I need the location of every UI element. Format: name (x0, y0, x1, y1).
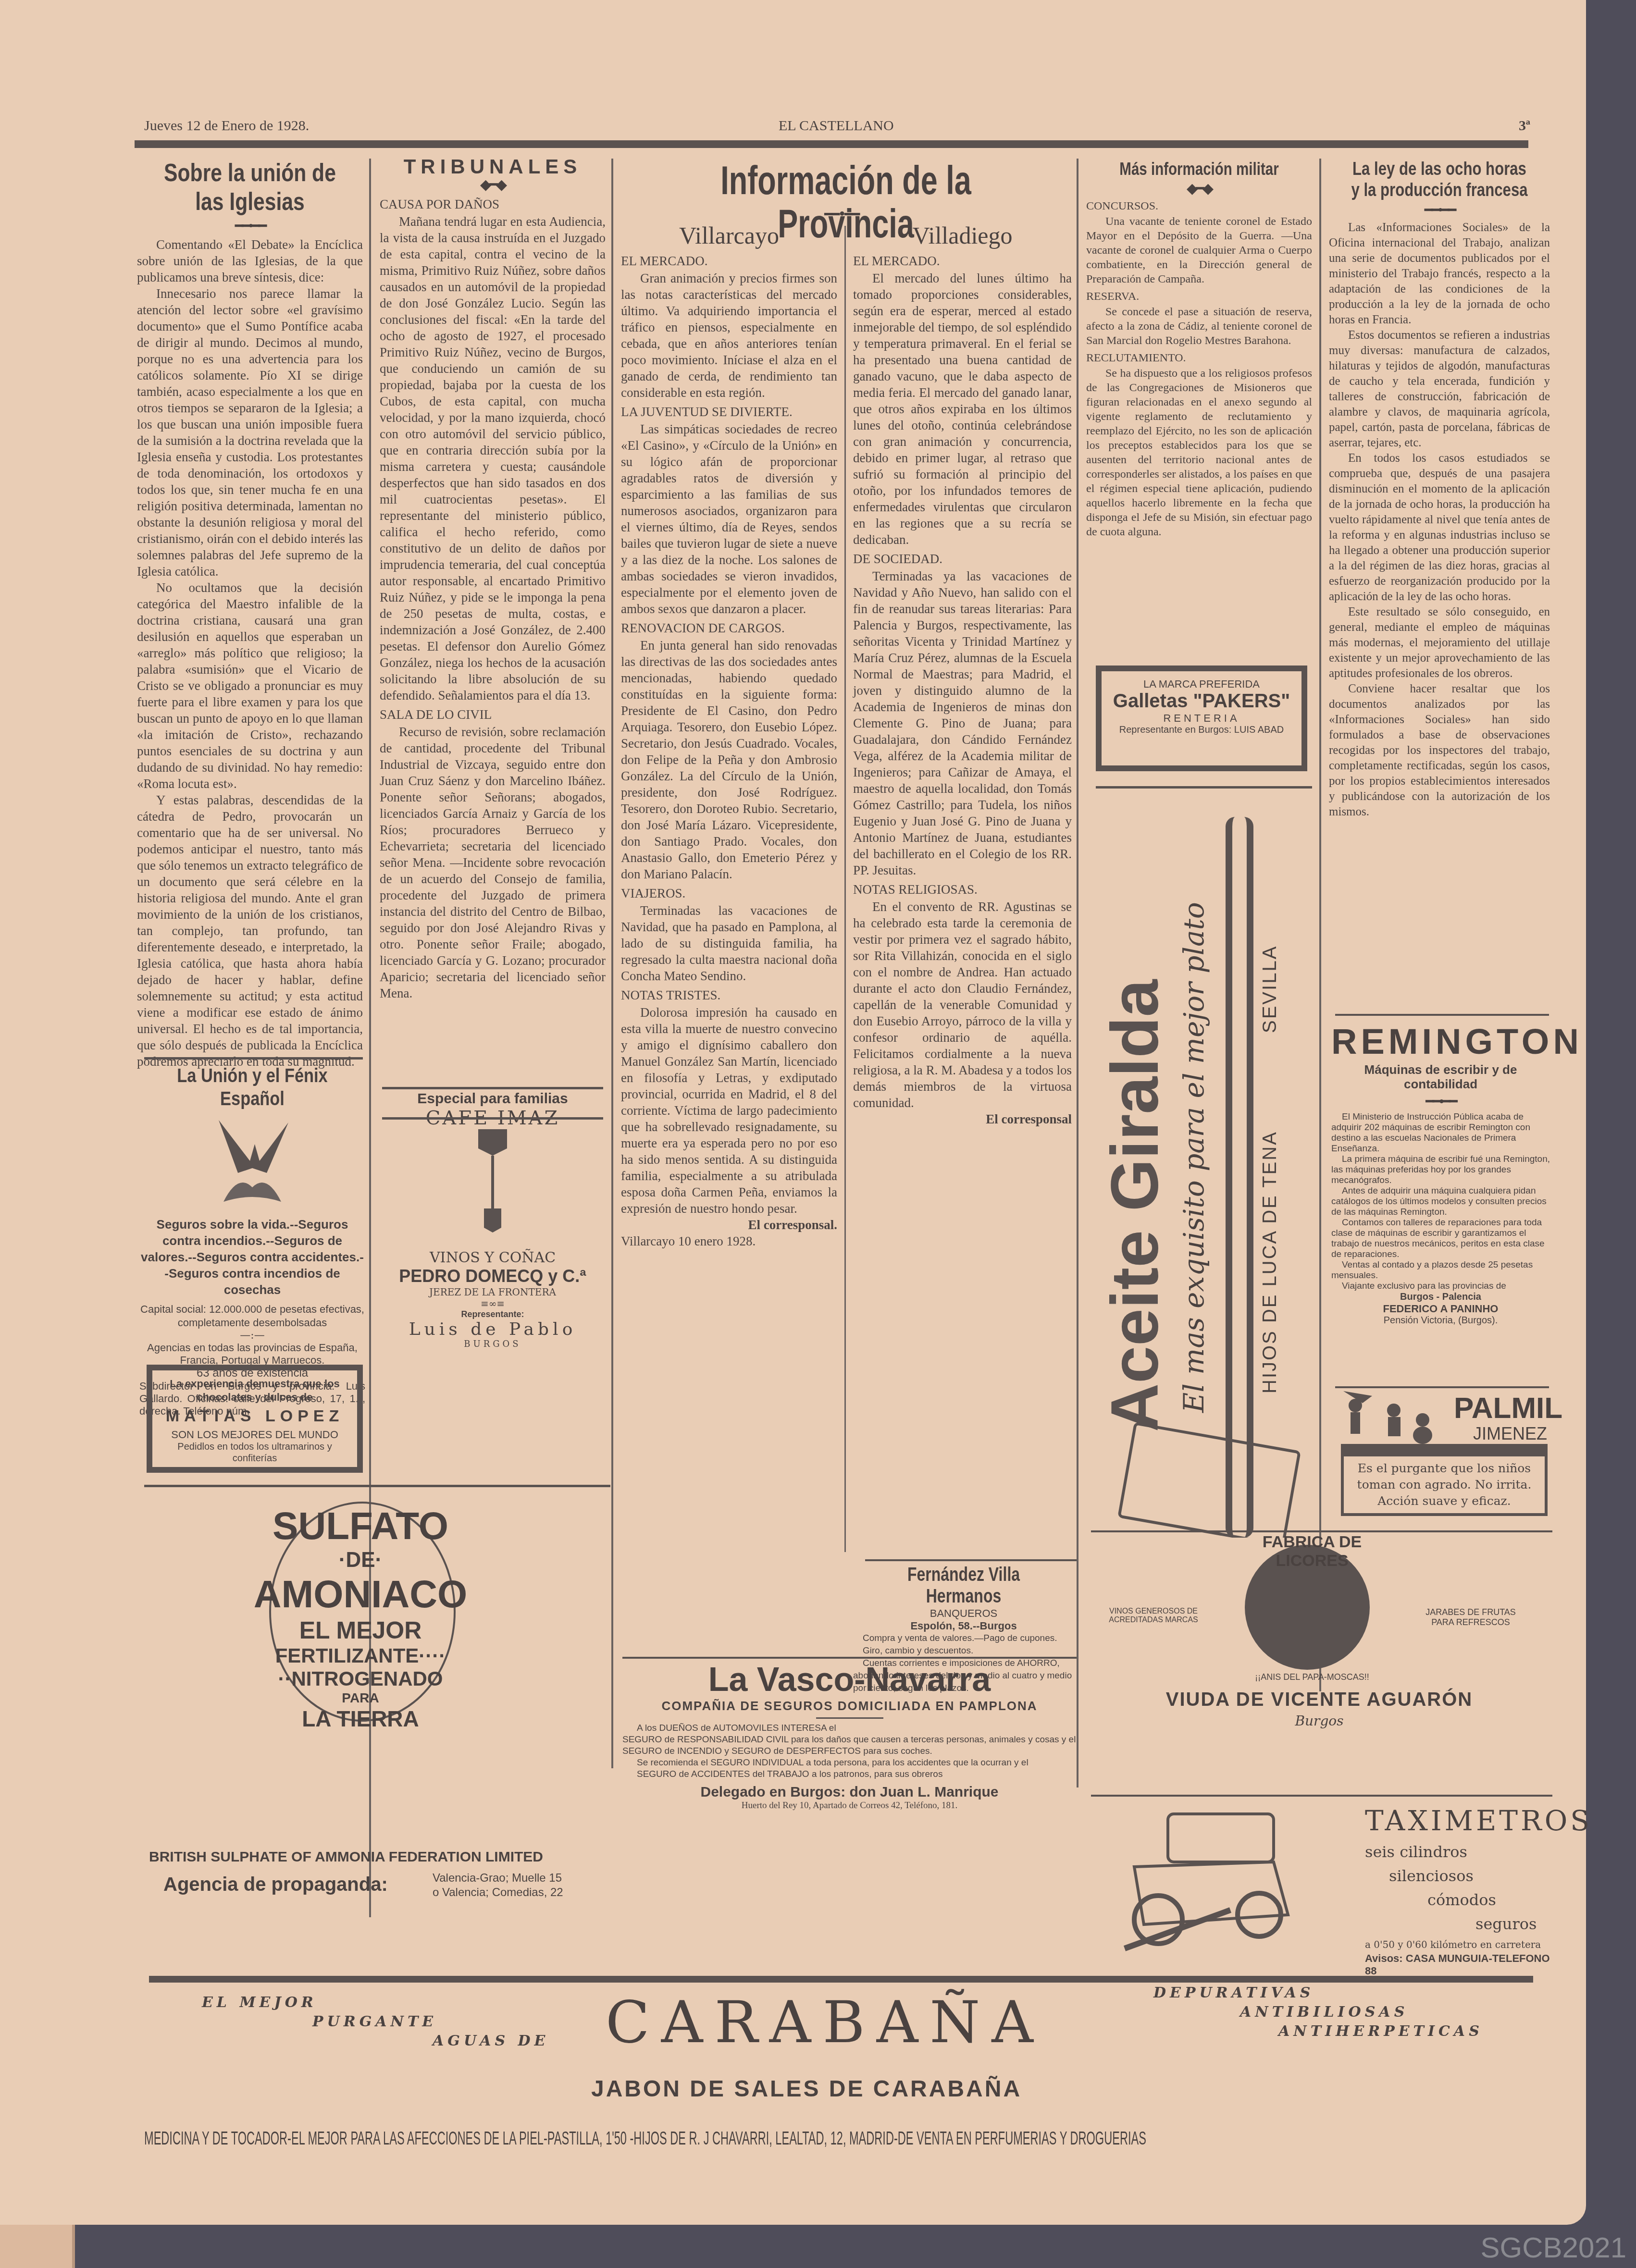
ad-matias-lopez: La experiencia demuestra que los chocola… (147, 1365, 363, 1473)
paragraph: Las simpáticas sociedades de recreo «El … (621, 421, 837, 617)
ad-line: ANTIBILIOSAS (1240, 2004, 1408, 2021)
article-union-iglesias: Sobre la unión de las Iglesias ━━•━━ Com… (137, 159, 363, 1070)
ad-address: Huerto del Rey 10, Apartado de Correos 4… (622, 1800, 1077, 1811)
ad-city: SEVILLA (1259, 945, 1281, 1033)
town-title: Villadiego (853, 221, 1072, 250)
subheading: RECLUTAMIENTO. (1086, 351, 1312, 365)
subheading: EL MERCADO. (621, 253, 837, 269)
article-villarcayo: Villarcayo EL MERCADO. Gran animación y … (621, 221, 837, 1249)
section-title: TRIBUNALES (380, 159, 606, 175)
section-rule (1335, 1014, 1549, 1016)
paragraph: El mercado del lunes último ha tomado pr… (853, 270, 1072, 548)
paragraph: Este resultado se sólo conseguido, en ge… (1329, 604, 1550, 681)
ad-paragraph: El Ministerio de Instrucción Pública aca… (1331, 1112, 1550, 1154)
ad-brand: Galletas "PAKERS" (1104, 690, 1299, 712)
article-tribunales: TRIBUNALES ◆━◆ CAUSA POR DAÑOS Mañana te… (380, 159, 606, 1001)
ad-address: o Valencia; Comedias, 22 (433, 1886, 563, 1899)
ad-line: A los DUEÑOS de AUTOMOVILES INTERESA el (622, 1723, 1077, 1734)
ad-line: LA MARCA PREFERIDA (1104, 678, 1299, 690)
ad-company: BRITISH SULPHATE OF AMMONIA FEDERATION L… (149, 1849, 543, 1865)
ad-feature: seguros (1475, 1915, 1537, 1933)
paragraph: En todos los casos estudiados se comprue… (1329, 451, 1550, 604)
section-rule (865, 1559, 1077, 1561)
newspaper-name: EL CASTELLANO (779, 118, 894, 134)
ad-paragraph: Ventas al contado y a plazos desde 25 pe… (1331, 1260, 1550, 1281)
masthead-rule (135, 140, 1528, 148)
ad-pedro-domecq: VINOS Y COÑAC PEDRO DOMECQ y C.ª JEREZ D… (380, 1124, 606, 1349)
paragraph: Mañana tendrá lugar en esta Audiencia, l… (380, 213, 606, 703)
paragraph: Estos documentos se refieren a industria… (1329, 328, 1550, 451)
ad-agent: FEDERICO A PANINHO (1331, 1303, 1550, 1315)
ad-line: SEGURO de RESPONSABILIDAD CIVIL para los… (622, 1734, 1077, 1746)
ornament-divider: ━━•━━ (137, 218, 363, 234)
ad-brand: VIUDA DE VICENTE AGUARÓN (1086, 1689, 1552, 1711)
section-rule (382, 1087, 603, 1089)
newspaper-page: Jueves 12 de Enero de 1928. EL CASTELLAN… (0, 0, 1586, 2225)
ad-paragraph: La primera máquina de escribir fué una R… (1331, 1154, 1550, 1186)
ad-line: ··NITROGENADO (183, 1667, 538, 1690)
ad-title: FABRICA DE LICORES (1226, 1533, 1399, 1570)
paragraph: Recurso de revisión, sobre reclamación d… (380, 724, 606, 1001)
ad-feature: silenciosos (1389, 1867, 1474, 1885)
separator: —:— (139, 1330, 365, 1342)
subheading: SALA DE LO CIVIL (380, 706, 606, 723)
ad-product: JABON DE SALES DE CARABAÑA (591, 2076, 1022, 2102)
ad-slogan: El mas exquisito para el mejor plato (1177, 902, 1210, 1413)
ad-line: Especial para familias (380, 1091, 606, 1107)
ad-cafe-imaz: Especial para familias CAFE IMAZ (380, 1091, 606, 1129)
town-title: Villarcayo (621, 221, 837, 250)
ad-price: a 0'50 y 0'60 kilómetro en carretera (1365, 1939, 1541, 1950)
ad-line: SEGURO de ACCIDENTES del TRABAJO a los p… (622, 1769, 1077, 1780)
ad-brand: PALMIL (1454, 1391, 1562, 1425)
article-villadiego: Villadiego EL MERCADO. El mercado del lu… (853, 221, 1072, 1127)
ornament-divider: ━━•━━ (1331, 1093, 1550, 1110)
subheading: NOTAS TRISTES. (621, 987, 837, 1003)
ad-line: EL MEJOR (183, 1616, 538, 1644)
paragraph: Y estas palabras, descendidas de la cáte… (137, 792, 363, 1070)
ad-line: PARA (183, 1690, 538, 1706)
footer-rule (149, 1976, 1533, 1983)
ad-slogan: Es el purgante que los niños toman con a… (1341, 1454, 1548, 1516)
ad-paragraph: Viajante exclusivo para las provincias d… (1331, 1281, 1550, 1292)
ad-title: La Unión y el Fénix Español (155, 1064, 349, 1110)
watermark: SGCB2021 (1480, 2231, 1626, 2264)
ad-region: Burgos - Palencia (1331, 1292, 1550, 1303)
subheading: RENOVACION DE CARGOS. (621, 620, 837, 636)
ad-brand: PEDRO DOMECQ y C.ª (380, 1266, 606, 1286)
ad-line: VINOS Y COÑAC (380, 1249, 606, 1266)
ad-rep: Representante en Burgos: LUIS ABAD (1104, 725, 1299, 736)
phoenix-icon (204, 1115, 300, 1211)
article-ocho-horas: La ley de las ocho horas y la producción… (1329, 159, 1550, 820)
ad-line: SON LOS MEJORES DEL MUNDO (156, 1429, 353, 1441)
subheading: CAUSA POR DAÑOS (380, 196, 606, 212)
ad-sulfato-amoniaco: SULFATO ·DE· AMONIACO EL MEJOR FERTILIZA… (144, 1494, 606, 1903)
section-rule (382, 1117, 603, 1120)
signature: El corresponsal. (621, 1217, 837, 1233)
section-title: Más información militar (1106, 159, 1291, 180)
section-rule (1091, 1530, 1552, 1532)
paragraph: Conviene hacer resaltar que los document… (1329, 681, 1550, 820)
ad-line: VINOS GENEROSOS DE ACREDITADAS MARCAS (1105, 1607, 1202, 1625)
ad-line: JEREZ DE LA FRONTERA (380, 1286, 606, 1298)
ad-line: SEGURO de INCENDIO y SEGURO de DESPERFEC… (622, 1746, 1077, 1757)
ad-title: TAXIMETROS (1365, 1804, 1592, 1837)
paragraph: Dolorosa impresión ha causado en esta vi… (621, 1004, 837, 1217)
ad-motto: ¡¡ANIS DEL PAPA-MOSCAS!! (1226, 1672, 1399, 1682)
paragraph: Comentando «El Debate» la Encíclica sobr… (137, 236, 363, 285)
ad-delegate: Delegado en Burgos: don Juan L. Manrique (622, 1784, 1077, 1800)
section-rule (1335, 1386, 1549, 1388)
ad-address: Pensión Victoria, (Burgos). (1331, 1315, 1550, 1326)
paragraph: Se concede el pase a situación de reserv… (1086, 305, 1312, 348)
subheading: VIAJEROS. (621, 885, 837, 901)
ad-line: Giro, cambio y descuentos. (853, 1645, 1074, 1657)
ad-capital: Capital social: 12.000.000 de pesetas ef… (139, 1303, 365, 1330)
ad-footer-line: MEDICINA Y DE TOCADOR-EL MEJOR PARA LAS … (144, 2129, 1008, 2149)
ad-aceite-giralda: Aceite Giralda El mas exquisito para el … (1086, 793, 1312, 1538)
ad-line: JARABES DE FRUTAS PARA REFRESCOS (1418, 1607, 1524, 1627)
article-title: Sobre la unión de las Iglesias (157, 159, 342, 216)
ad-address: Valencia-Grao; Muelle 15 (433, 1872, 562, 1885)
ad-line: AMONIACO (183, 1572, 538, 1616)
ad-agency-label: Agencia de propaganda: (163, 1874, 388, 1896)
ad-contact: Avisos: CASA MUNGUIA-TELEFONO 88 (1365, 1952, 1552, 1977)
ad-line: Se recomienda el SEGURO INDIVIDUAL a tod… (622, 1757, 1077, 1769)
subheading: LA JUVENTUD SE DIVIERTE. (621, 404, 837, 420)
signature: El corresponsal (853, 1111, 1072, 1127)
ad-line: EL MEJOR (202, 1994, 317, 2011)
ad-line: PURGANTE (312, 2013, 437, 2030)
ad-remington: REMINGTON Máquinas de escribir y de cont… (1331, 1021, 1550, 1326)
ad-line: AGUAS DE (433, 2033, 549, 2049)
ad-carabana: EL MEJOR PURGANTE AGUAS DE CARABAÑA DEPU… (144, 1984, 1538, 2177)
children-silhouette-icon (1334, 1391, 1444, 1449)
ad-city: BURGOS (380, 1339, 606, 1349)
ornament-divider: ◆━◆ (380, 177, 606, 193)
ad-title: La Vasco-Navarra (622, 1660, 1077, 1699)
ad-fabrica-licores: FABRICA DE LICORES ¡¡ANIS DEL PAPA-MOSCA… (1086, 1535, 1552, 1775)
ad-line: LA TIERRA (183, 1706, 538, 1732)
column-divider (1077, 159, 1078, 1787)
section-rule (144, 1057, 363, 1060)
paragraph: Terminadas ya las vacaciones de Navidad … (853, 568, 1072, 878)
bottle-icon (473, 1129, 512, 1235)
paragraph: Gran animación y precios firmes son las … (621, 270, 837, 401)
ad-paragraph: Contamos con talleres de reparaciones pa… (1331, 1218, 1550, 1260)
subheading: EL MERCADO. (853, 253, 1072, 269)
ad-palmil: PALMIL JIMENEZ Es el purgante que los ni… (1334, 1391, 1550, 1526)
ad-line: SULFATO (183, 1504, 538, 1548)
dateline: Villarcayo 10 enero 1928. (621, 1233, 837, 1249)
ornament-divider: ━━•━━ (769, 206, 913, 223)
page-number: 3ª (1519, 118, 1530, 134)
paragraph: Se ha dispuesto que a los religiosos pro… (1086, 366, 1312, 539)
ad-line: ·DE· (183, 1548, 538, 1572)
ad-city: RENTERIA (1104, 712, 1299, 725)
paragraph: Las «Informaciones Sociales» de la Ofici… (1329, 220, 1550, 328)
column-divider (1319, 159, 1321, 1691)
section-rule (1091, 1795, 1552, 1797)
paragraph: En junta general han sido renovadas las … (621, 637, 837, 882)
taxi-car-icon (1105, 1800, 1326, 1958)
ad-line: ANTIHERPETICAS (1278, 2023, 1483, 2040)
ad-brand: Aceite Giralda (1096, 979, 1174, 1432)
paragraph: No ocultamos que la decisión categórica … (137, 579, 363, 792)
ad-subtitle: BANQUEROS (853, 1607, 1074, 1620)
column-divider (844, 226, 846, 1552)
ad-paragraph: Antes de adquirir una máquina cualquiera… (1331, 1186, 1550, 1218)
ad-line: DEPURATIVAS (1153, 1984, 1314, 2001)
paragraph: En el convento de RR. Agustinas se ha ce… (853, 899, 1072, 1111)
ad-line: FERTILIZANTE···· (183, 1644, 538, 1667)
ad-rep: Luis de Pablo (380, 1319, 606, 1339)
ad-maker: JIMENEZ (1473, 1424, 1547, 1444)
issue-date: Jueves 12 de Enero de 1928. (144, 118, 309, 134)
paragraph: Terminadas las vacaciones de Navidad, qu… (621, 902, 837, 984)
ad-feature: seis cilindros (1365, 1843, 1467, 1861)
ad-subtitle: Máquinas de escribir y de contabilidad (1331, 1062, 1550, 1091)
ad-vasco-navarra: La Vasco-Navarra COMPAÑIA DE SEGUROS DOM… (622, 1660, 1077, 1811)
subheading: NOTAS RELIGIOSAS. (853, 881, 1072, 898)
ad-pakers: LA MARCA PREFERIDA Galletas "PAKERS" REN… (1096, 666, 1307, 771)
subheading: DE SOCIEDAD. (853, 551, 1072, 567)
ad-line: La experiencia demuestra que los chocola… (156, 1377, 353, 1404)
ornament-divider: ━━•━━ (1329, 203, 1550, 218)
section-rule (622, 1657, 1077, 1659)
oil-can-icon (1117, 1422, 1301, 1538)
paragraph: Innecesario nos parece llamar la atenció… (137, 285, 363, 579)
ad-maker: HIJOS DE LUCA DE TENA (1259, 1131, 1281, 1393)
column-divider (611, 159, 613, 1768)
ad-brand: CARABAÑA (606, 1989, 1045, 2056)
ornament-divider: ◆━◆ (1086, 182, 1312, 196)
article-title: La ley de las ocho horas y la producción… (1349, 159, 1530, 201)
ad-agencies: Agencias en todas las provincias de Espa… (139, 1342, 365, 1367)
subheading: RESERVA. (1086, 289, 1312, 304)
section-rule (144, 1485, 610, 1487)
article-militar: Más información militar ◆━◆ CONCURSOS. U… (1086, 159, 1312, 539)
ad-services: Seguros sobre la vida.--Seguros contra i… (139, 1216, 365, 1298)
ad-address: Espolón, 58.--Burgos (853, 1620, 1074, 1632)
subheading: CONCURSOS. (1086, 199, 1312, 213)
ad-city: Burgos (1086, 1713, 1552, 1729)
ad-brand: REMINGTON (1331, 1021, 1550, 1062)
ad-taximetros: TAXIMETROS seis cilindros silenciosos có… (1091, 1800, 1552, 1963)
section-rule (1096, 786, 1312, 789)
ad-feature: cómodos (1427, 1891, 1496, 1909)
ad-brand: MATIAS LOPEZ (156, 1407, 353, 1426)
ad-line: Representante: (380, 1309, 606, 1319)
ad-line: Compra y venta de valores.—Pago de cupon… (853, 1632, 1074, 1645)
ad-line: Pedidlos en todos los ultramarinos y con… (156, 1441, 353, 1464)
ad-title: Fernández Villa Hermanos (875, 1564, 1052, 1607)
ad-subtitle: COMPAÑIA DE SEGUROS DOMICILIADA EN PAMPL… (622, 1699, 1077, 1713)
paragraph: Una vacante de teniente coronel de Estad… (1086, 214, 1312, 286)
